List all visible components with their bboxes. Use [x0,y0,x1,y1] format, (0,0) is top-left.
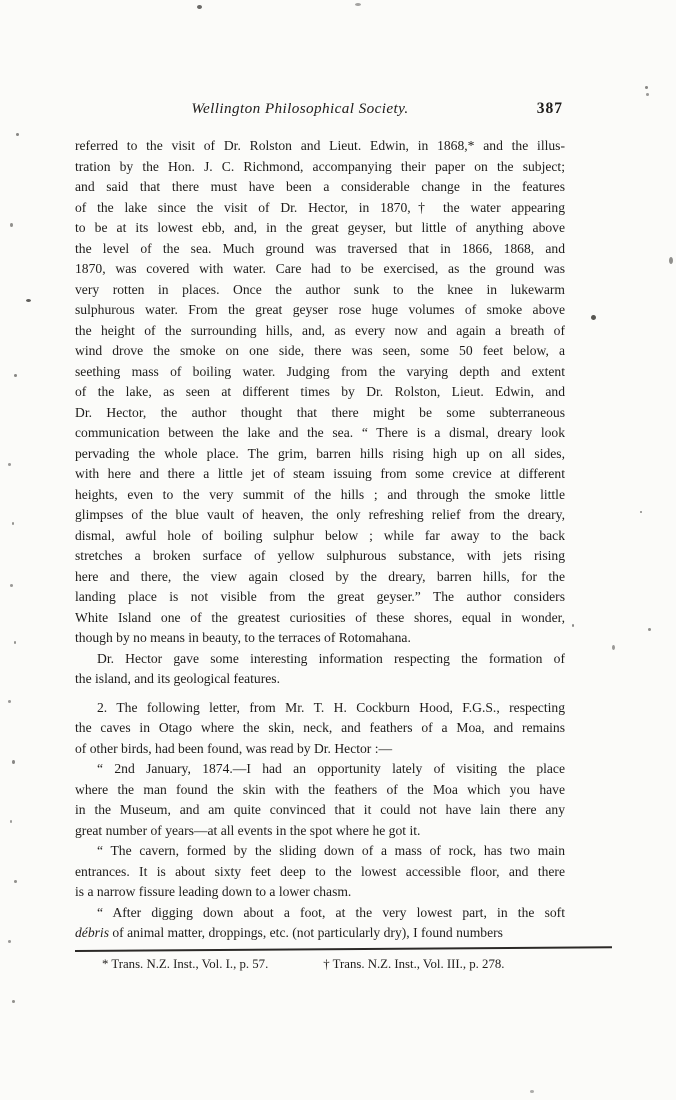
scan-artifact [355,3,361,6]
scan-artifact [26,299,31,302]
paragraph: “ After digging down about a foot, at th… [75,903,565,944]
text-line: stretches a broken surface of yellow sul… [75,546,565,567]
paragraph: “ The cavern, formed by the sliding down… [75,841,565,903]
paragraph: “ 2nd January, 1874.—I had an opportunit… [75,759,565,841]
page-body: referred to the visit of Dr. Rolston and… [75,136,565,944]
text-line: where the man found the skin with the fe… [75,780,565,801]
text-line: “ After digging down about a foot, at th… [75,903,565,924]
scan-artifact [530,1090,534,1093]
text-line: communication between the lake and the s… [75,423,565,444]
scan-artifact [8,940,11,943]
running-title: Wellington Philosophical Society. [75,100,525,118]
page-number: 387 [537,100,563,118]
scan-artifact [572,624,574,627]
scan-artifact [12,760,15,764]
text-line: of the lake, as seen at different times … [75,382,565,403]
text-line: débris of animal matter, droppings, etc.… [75,923,565,944]
text-line: the level of the sea. Much ground was tr… [75,239,565,260]
text-line: glimpses of the blue vault of heaven, th… [75,505,565,526]
scan-artifact [591,315,596,320]
text-line: seething mass of boiling water. Judging … [75,362,565,383]
scan-artifact [10,820,12,823]
text-line: of other birds, had been found, was read… [75,739,565,760]
text-line: White Island one of the greatest curiosi… [75,608,565,629]
text-line: of the lake since the visit of Dr. Hecto… [75,198,565,219]
scan-artifact [10,584,13,587]
paragraph: 2. The following letter, from Mr. T. H. … [75,698,565,760]
scan-artifact [669,257,673,264]
paragraph: referred to the visit of Dr. Rolston and… [75,136,565,649]
scan-artifact [197,5,202,9]
text-line: pervading the whole place. The grim, bar… [75,444,565,465]
text-line: here and there, the view again closed by… [75,567,565,588]
scan-artifact [8,463,11,466]
scan-artifact [14,374,17,377]
scan-artifact [16,133,19,136]
text-line: entrances. It is about sixty feet deep t… [75,862,565,883]
text-line: great number of years—at all events in t… [75,821,565,842]
italic-text: débris [75,925,109,940]
text-line: the height of the surrounding hills, and… [75,321,565,342]
text-line: sulphurous water. From the great geyser … [75,300,565,321]
footnotes: * Trans. N.Z. Inst., Vol. I., p. 57. † T… [75,957,585,972]
footnote-rule [75,946,612,951]
document-page: Wellington Philosophical Society. 387 re… [0,0,676,1100]
text-line: Dr. Hector gave some interesting informa… [75,649,565,670]
text-line: heights, even to the very summit of the … [75,485,565,506]
plain-text: of animal matter, droppings, etc. (not p… [109,925,503,940]
text-line: landing place is not visible from the gr… [75,587,565,608]
scan-artifact [12,522,14,525]
footnote-trans-nz-inst-vol-3: † Trans. N.Z. Inst., Vol. III., p. 278. [323,957,504,972]
scan-artifact [648,628,651,631]
text-line: to be at its lowest ebb, and, in the gre… [75,218,565,239]
page-header: Wellington Philosophical Society. 387 [75,100,565,122]
scan-artifact [640,511,642,513]
text-line: the island, and its geological features. [75,669,565,690]
scan-artifact [10,223,13,227]
text-line: the caves in Otago where the skin, neck,… [75,718,565,739]
scan-artifact [612,645,615,650]
scan-artifact [14,641,16,644]
text-line: referred to the visit of Dr. Rolston and… [75,136,565,157]
scan-artifact [645,86,648,89]
scan-artifact [14,880,17,883]
text-line: very rotten in places. Once the author s… [75,280,565,301]
text-line: in the Museum, and am quite convinced th… [75,800,565,821]
text-line: though by no means in beauty, to the ter… [75,628,565,649]
text-line: dismal, awful hole of boiling sulphur be… [75,526,565,547]
scan-artifact [8,700,11,703]
footnote-trans-nz-inst-vol-1: * Trans. N.Z. Inst., Vol. I., p. 57. [102,957,268,972]
scan-artifact [646,93,649,96]
text-line: with here and there a little jet of stea… [75,464,565,485]
text-line: Dr. Hector, the author thought that ther… [75,403,565,424]
text-line: tration by the Hon. J. C. Richmond, acco… [75,157,565,178]
text-line: “ The cavern, formed by the sliding down… [75,841,565,862]
scan-artifact [12,1000,15,1003]
text-line: wind drove the smoke on one side, there … [75,341,565,362]
paragraph: Dr. Hector gave some interesting informa… [75,649,565,690]
text-line: is a narrow fissure leading down to a lo… [75,882,565,903]
text-line: 1870, was covered with water. Care had t… [75,259,565,280]
text-line: “ 2nd January, 1874.—I had an opportunit… [75,759,565,780]
text-line: and said that there must have been a con… [75,177,565,198]
text-line: 2. The following letter, from Mr. T. H. … [75,698,565,719]
